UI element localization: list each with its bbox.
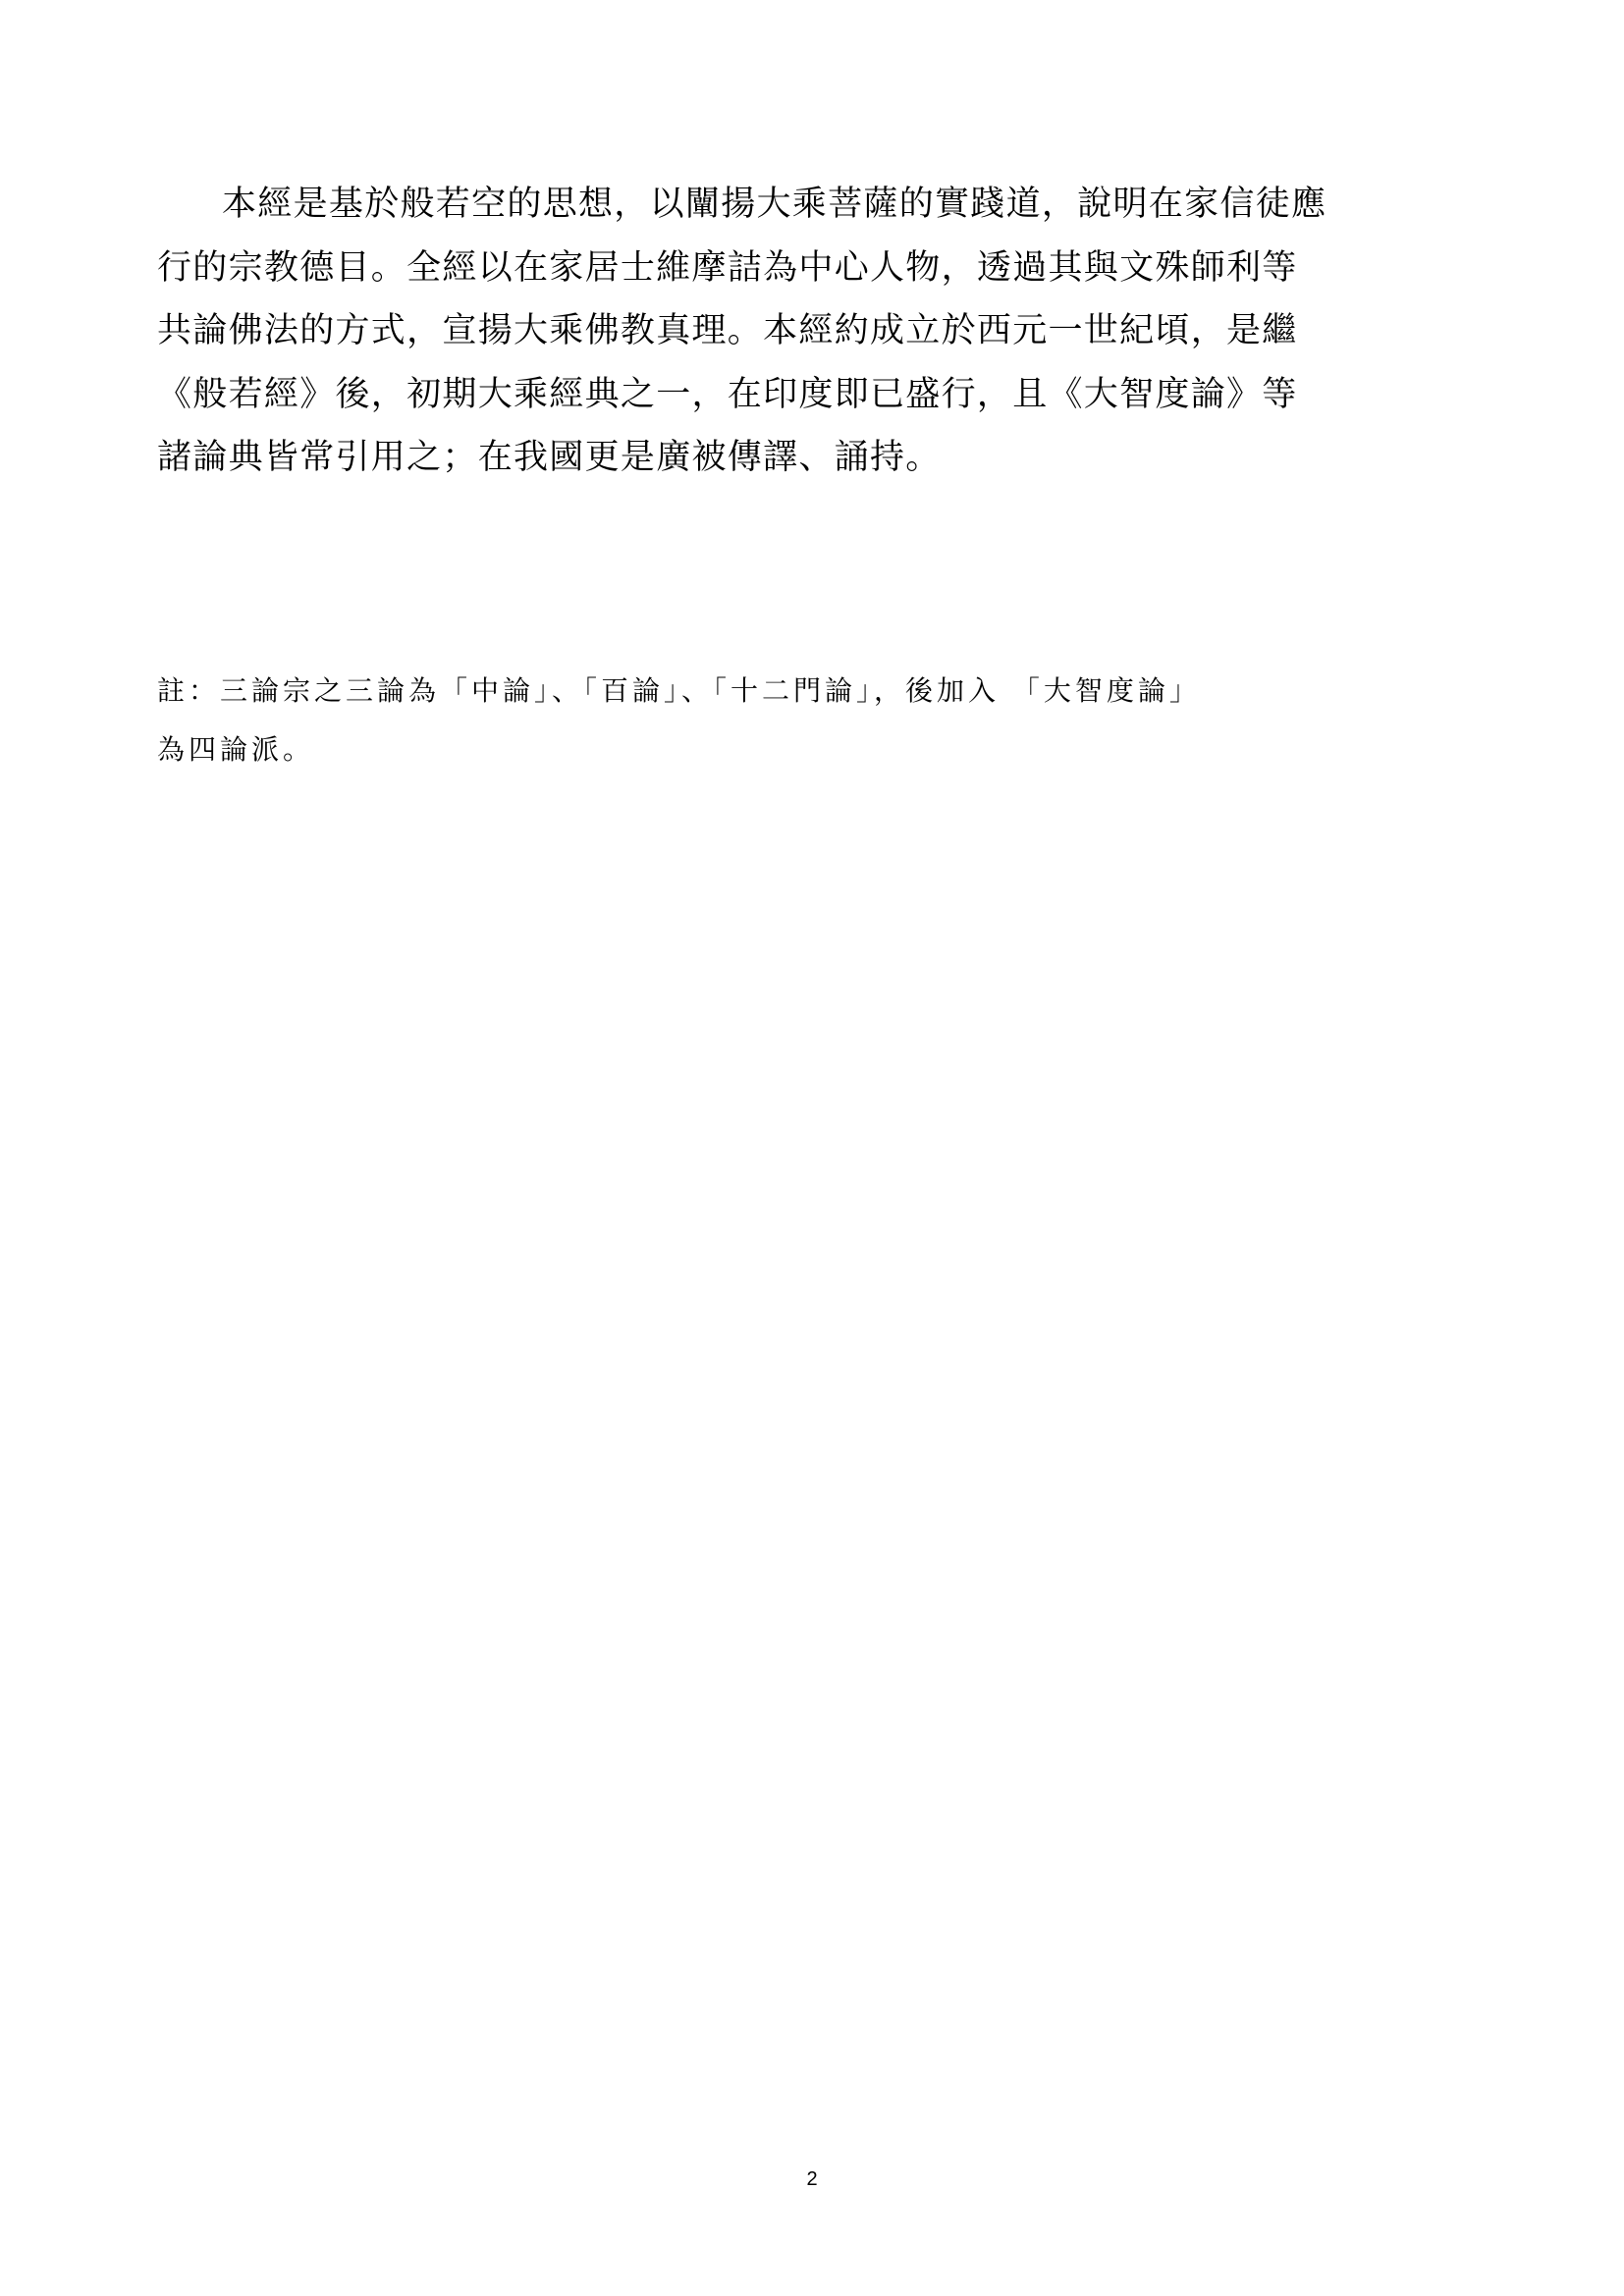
body-line-3: 共論佛法的方式，宣揚大乘佛教真理。本經約成立於西元一世紀頃，是繼 <box>157 299 1478 363</box>
body-line-2: 行的宗教德目。全經以在家居士維摩詰為中心人物，透過其與文殊師利等 <box>157 237 1478 300</box>
body-paragraph: 本經是基於般若空的思想，以闡揚大乘菩薩的實踐道，說明在家信徒應 行的宗教德目。全… <box>157 173 1478 490</box>
page-number: 2 <box>0 2167 1624 2191</box>
body-line-4: 《般若經》後，初期大乘經典之一，在印度即已盛行，且《大智度論》等 <box>157 363 1478 427</box>
document-page: 本經是基於般若空的思想，以闡揚大乘菩薩的實踐道，說明在家信徒應 行的宗教德目。全… <box>0 0 1624 2296</box>
footnote-line-2: 為四論派。 <box>157 721 1478 779</box>
body-line-1-text: 本經是基於般若空的思想，以闡揚大乘菩薩的實踐道，說明在家信徒應 <box>222 185 1326 224</box>
body-line-5: 諸論典皆常引用之；在我國更是廣被傳譯、誦持。 <box>157 426 1478 490</box>
footnote: 註：三論宗之三論為「中論」、「百論」、「十二門論」，後加入 「大智度論」 為四論… <box>157 662 1478 779</box>
body-line-1: 本經是基於般若空的思想，以闡揚大乘菩薩的實踐道，說明在家信徒應 <box>157 173 1478 237</box>
footnote-line-1: 註：三論宗之三論為「中論」、「百論」、「十二門論」，後加入 「大智度論」 <box>157 662 1478 721</box>
